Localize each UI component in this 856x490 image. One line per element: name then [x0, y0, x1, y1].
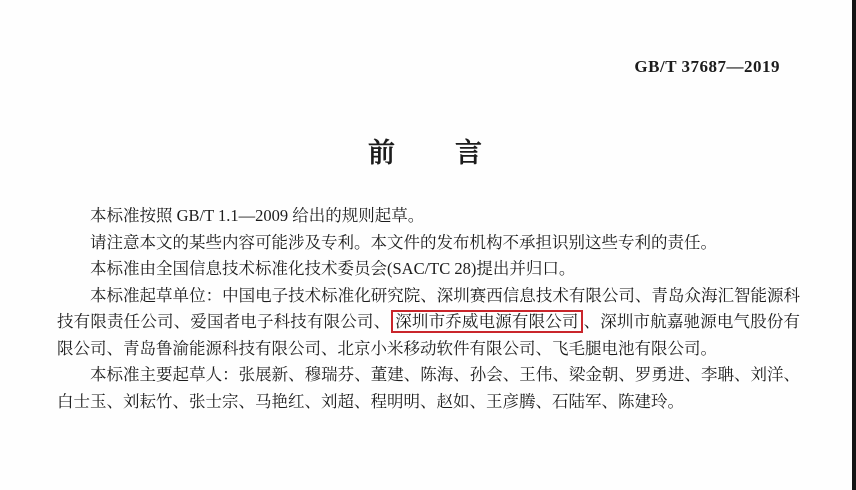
document-body: 本标准按照 GB/T 1.1—2009 给出的规则起草。 请注意本文的某些内容可…	[57, 203, 800, 415]
standard-number: GB/T 37687—2019	[634, 57, 780, 77]
paragraph-drafting-rules: 本标准按照 GB/T 1.1—2009 给出的规则起草。	[57, 203, 800, 230]
paragraph-drafters: 本标准主要起草人：张展新、穆瑞芬、董建、陈海、孙会、王伟、梁金朝、罗勇进、李聃、…	[57, 362, 800, 415]
page-title: 前 言	[0, 131, 852, 170]
paragraph-committee: 本标准由全国信息技术标准化技术委员会(SAC/TC 28)提出并归口。	[57, 256, 800, 283]
page-right-edge-line	[852, 0, 856, 490]
document-page: GB/T 37687—2019 前 言 本标准按照 GB/T 1.1—2009 …	[0, 0, 856, 490]
paragraph-drafting-units: 本标准起草单位：中国电子技术标准化研究院、深圳赛西信息技术有限公司、青岛众海汇智…	[57, 283, 800, 363]
paragraph-patent-notice: 请注意本文的某些内容可能涉及专利。本文件的发布机构不承担识别这些专利的责任。	[57, 230, 800, 257]
highlight-box-company: 深圳市乔威电源有限公司	[391, 310, 582, 333]
